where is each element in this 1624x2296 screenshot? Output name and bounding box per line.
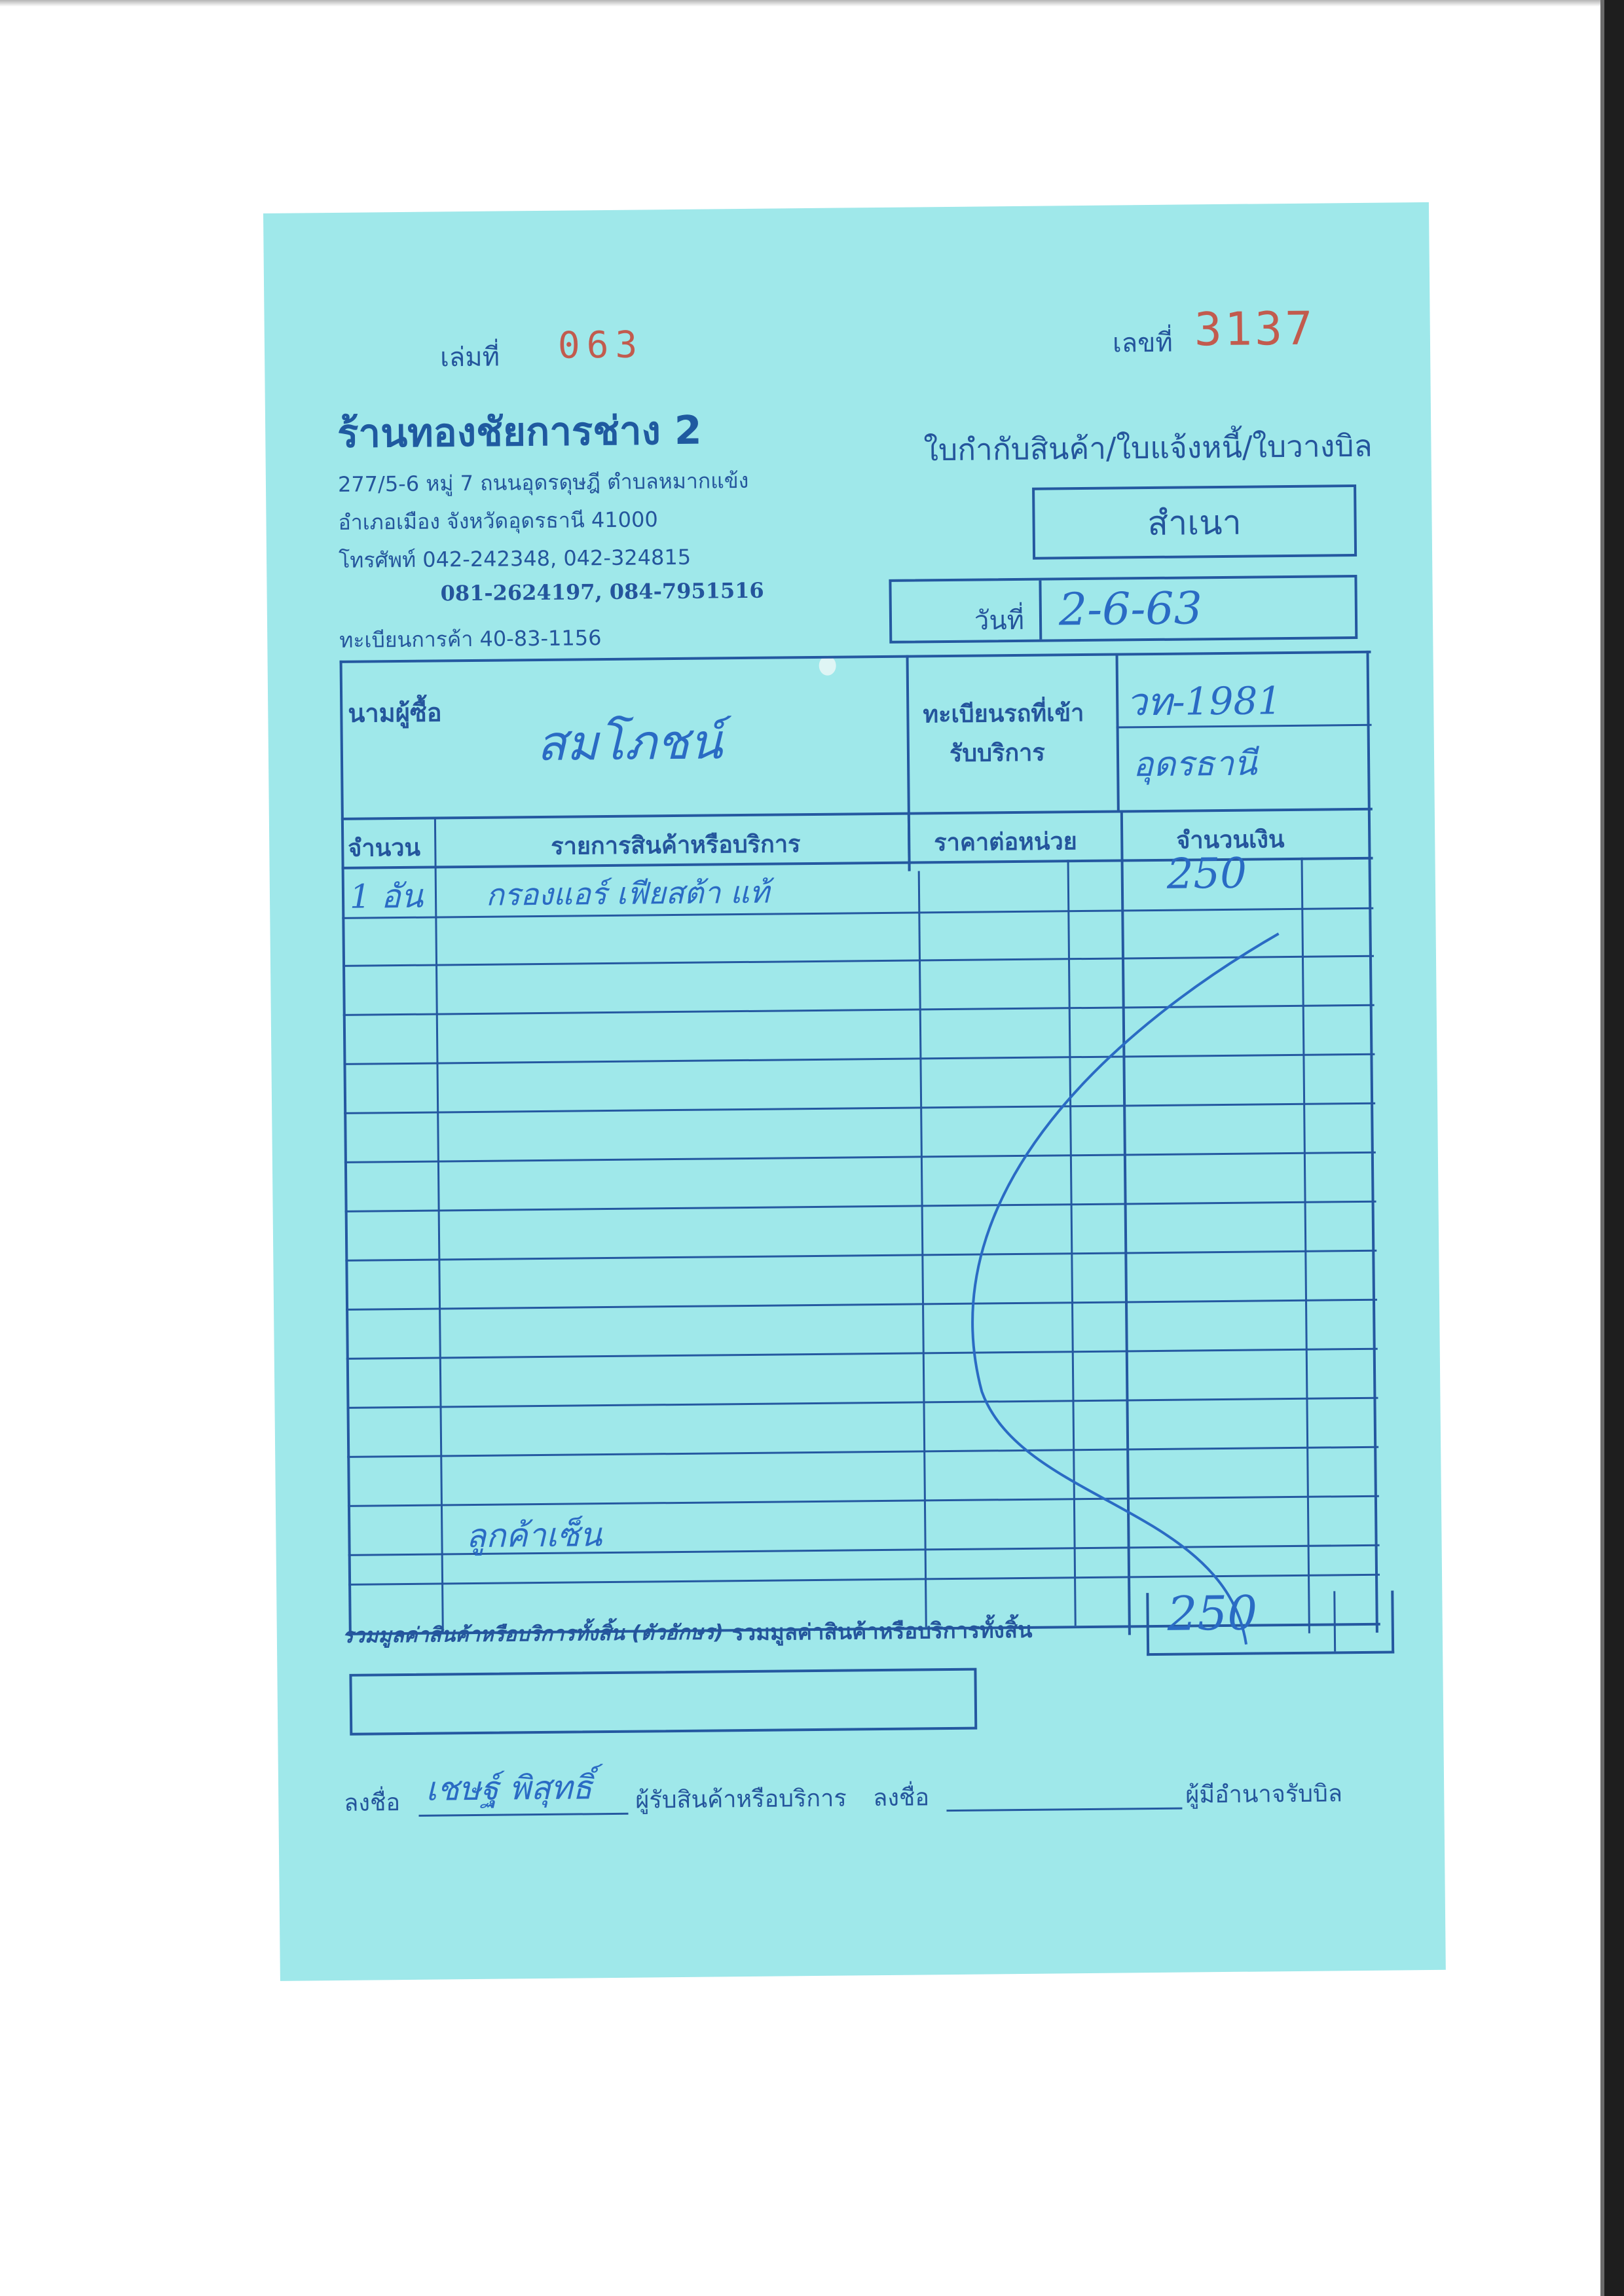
copy-label: สำเนา	[1147, 494, 1242, 549]
row-line	[347, 1446, 1378, 1458]
total-in-words-field[interactable]	[349, 1668, 977, 1736]
trade-registration: ทะเบียนการค้า 40-83-1156	[339, 621, 602, 657]
row-line	[343, 1004, 1375, 1016]
scan-border-top	[0, 0, 1624, 7]
column-header-unit-price: ราคาต่อหน่วย	[934, 822, 1077, 861]
receiver-signature[interactable]: เชษฐ์ พิสุทธิ์	[426, 1762, 593, 1815]
item-amount: 250	[1166, 850, 1247, 899]
item-quantity: 1 อัน	[350, 871, 424, 923]
book-number: 063	[558, 323, 644, 367]
item-description: กรองแอร์ เฟียสต้า แท้	[486, 869, 770, 919]
document-number-label: เลขที่	[1113, 321, 1173, 364]
total-amount: 250	[1167, 1586, 1257, 1641]
table-border	[340, 661, 352, 1633]
vehicle-label: ทะเบียนรถที่เข้า	[923, 694, 1084, 733]
authorized-sign-label: ลงชื่อ	[873, 1778, 929, 1816]
vehicle-province: อุดรธานี	[1133, 735, 1257, 791]
invoice-form: เล่มที่ 063 เลขที่ 3137 ร้านทองชัยการช่า…	[263, 202, 1446, 1981]
vehicle-divider	[1116, 653, 1120, 810]
authorized-role-label: ผู้มีอำนาจรับบิล	[1185, 1774, 1342, 1813]
document-number: 3137	[1194, 302, 1315, 357]
buyer-label: นามผู้ซื้อ	[348, 692, 442, 733]
receiver-sign-label: ลงชื่อ	[344, 1783, 400, 1821]
items-table: นามผู้ซื้อ สมโภชน์ ทะเบียนรถที่เข้า รับบ…	[340, 651, 1381, 1656]
column-divider	[1067, 860, 1077, 1626]
buyer-name: สมโภชน์	[536, 702, 722, 782]
row-line	[345, 1250, 1376, 1262]
row-line	[345, 1201, 1376, 1212]
phone-line: โทรศัพท์ 042-242348, 042-324815	[339, 541, 692, 577]
date-divider	[1039, 581, 1042, 640]
row-line	[342, 955, 1374, 967]
date-label: วันที่	[974, 599, 1025, 642]
date-value: 2-6-63	[1058, 583, 1202, 636]
row-line	[348, 1495, 1379, 1507]
column-header-description: รายการสินค้าหรือบริการ	[551, 825, 801, 865]
column-header-qty: จำนวน	[348, 829, 420, 867]
row-line	[344, 1102, 1375, 1114]
column-divider	[1301, 858, 1310, 1633]
column-divider	[434, 817, 444, 1632]
shop-name: ร้านทองชัยการช่าง 2	[337, 399, 702, 465]
book-number-label: เล่มที่	[440, 336, 500, 378]
address-line: 277/5-6 หมู่ 7 ถนนอุดรดุษฎี ตำบลหมากแข้ง	[338, 464, 749, 501]
row-line	[346, 1299, 1377, 1311]
total-in-words-label: รวมมูลค่าสินค้าหรือบริการทั้งสิ้น (ตัวอั…	[342, 1615, 724, 1652]
phone-line: 081-2624197, 084-7951516	[440, 578, 764, 606]
row-line	[347, 1397, 1378, 1409]
column-divider	[1120, 810, 1131, 1635]
row-line	[343, 1053, 1375, 1065]
vehicle-plate: วท-1981	[1126, 670, 1282, 732]
customer-sign-note: ลูกค้าเซ็น	[466, 1509, 602, 1562]
document-type-title: ใบกำกับสินค้า/ใบแจ้งหนี้/ใบวางบิล	[923, 422, 1373, 475]
column-divider	[918, 871, 927, 1627]
scan-border-right	[1604, 0, 1624, 2296]
date-field[interactable]: วันที่ 2-6-63	[889, 575, 1357, 644]
total-label: รวมมูลค่าสินค้าหรือบริการทั้งสิ้น	[732, 1613, 1033, 1650]
receiver-role-label: ผู้รับสินค้าหรือบริการ	[635, 1779, 847, 1819]
table-header-top	[341, 808, 1373, 820]
copy-stamp-box: สำเนา	[1032, 484, 1357, 560]
row-line	[344, 1152, 1376, 1163]
address-line: อำเภอเมือง จังหวัดอุดรธานี 41000	[338, 503, 658, 539]
total-divider	[1333, 1591, 1336, 1651]
row-line	[346, 1348, 1378, 1360]
row-line	[348, 1574, 1380, 1586]
table-border	[1366, 651, 1378, 1633]
authorized-signature-line[interactable]	[946, 1808, 1182, 1812]
vehicle-label: รับบริการ	[950, 734, 1045, 772]
